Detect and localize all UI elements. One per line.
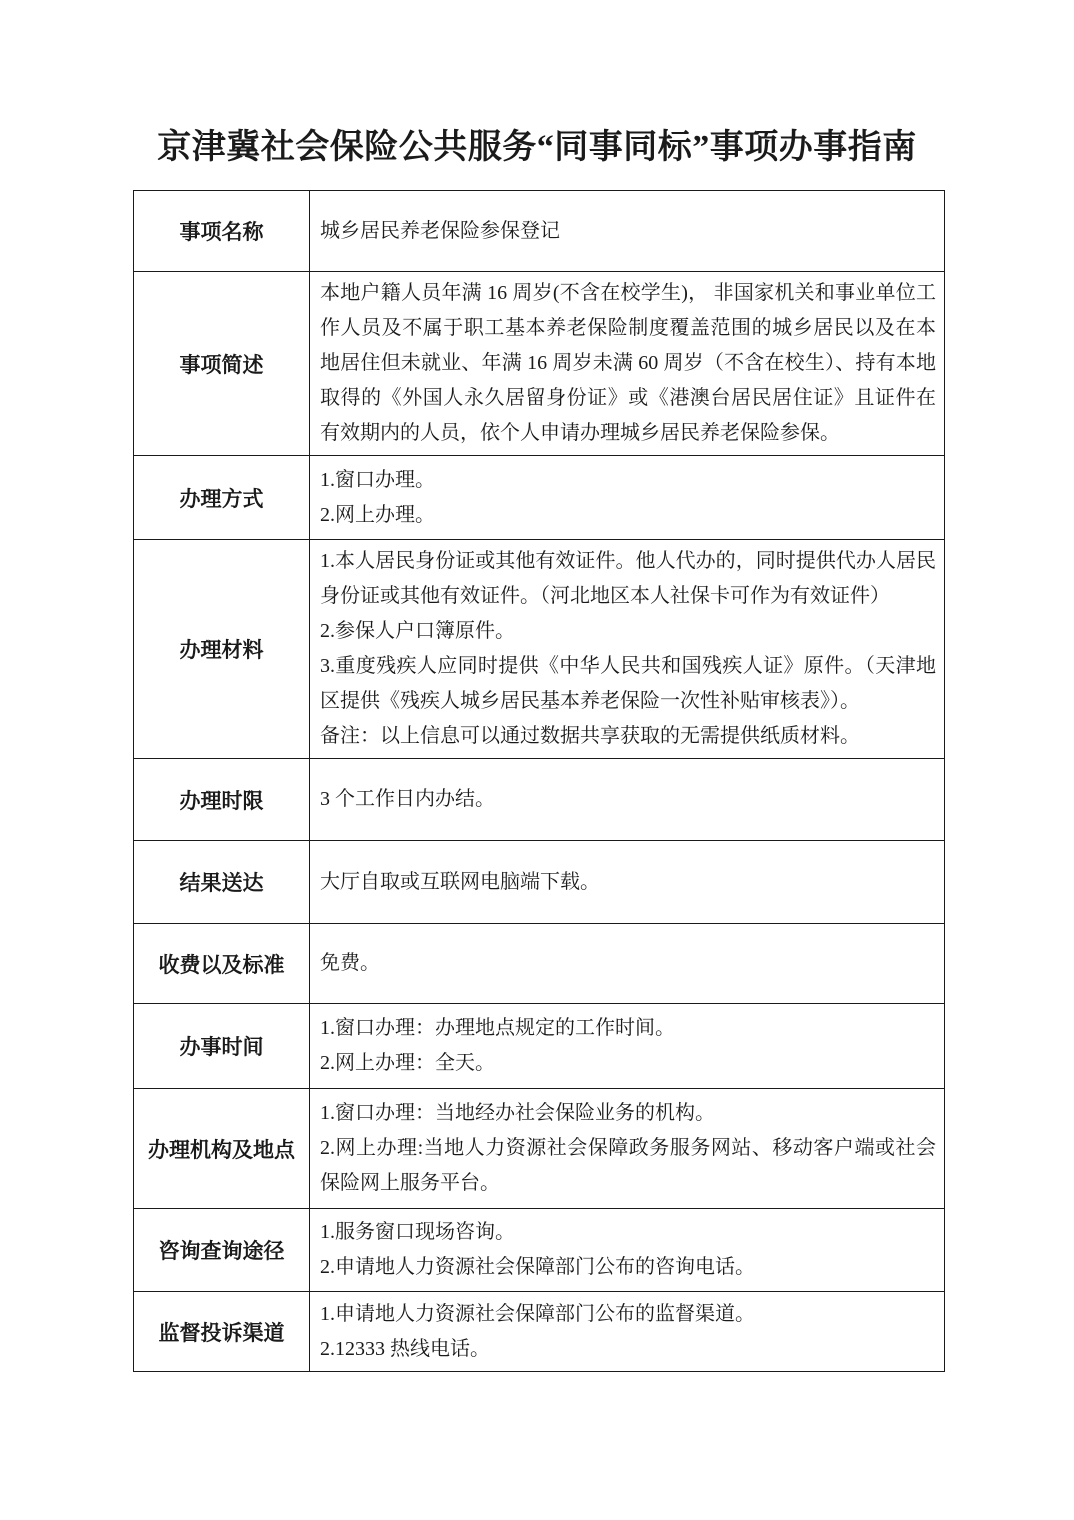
content-line: 大厅自取或互联网电脑端下载。 <box>320 865 936 900</box>
document-page: 京津冀社会保险公共服务“同事同标”事项办事指南 事项名称 城乡居民养老保险参保登… <box>0 0 1074 1520</box>
content-line: 1.窗口办理：办理地点规定的工作时间。 <box>320 1011 936 1046</box>
row-content: 城乡居民养老保险参保登记 <box>310 191 945 272</box>
content-line: 本地户籍人员年满 16 周岁(不含在校学生)， 非国家机关和事业单位工作人员及不… <box>320 276 936 451</box>
content-line: 1.窗口办理：当地经办社会保险业务的机构。 <box>320 1096 936 1131</box>
content-line: 3 个工作日内办结。 <box>320 782 936 817</box>
row-content: 1.本人居民身份证或其他有效证件。他人代办的，同时提供代办人居民身份证或其他有效… <box>310 540 945 759</box>
row-content: 本地户籍人员年满 16 周岁(不含在校学生)， 非国家机关和事业单位工作人员及不… <box>310 272 945 456</box>
table-row: 办理时限 3 个工作日内办结。 <box>134 759 945 841</box>
row-label: 事项简述 <box>134 272 310 456</box>
table-row: 收费以及标准 免费。 <box>134 924 945 1004</box>
row-label: 办事时间 <box>134 1004 310 1089</box>
table-row: 办理机构及地点 1.窗口办理：当地经办社会保险业务的机构。 2.网上办理:当地人… <box>134 1089 945 1209</box>
content-line: 2.网上办理。 <box>320 498 936 533</box>
content-line: 1.服务窗口现场咨询。 <box>320 1215 936 1250</box>
row-label: 事项名称 <box>134 191 310 272</box>
row-content: 1.申请地人力资源社会保障部门公布的监督渠道。 2.12333 热线电话。 <box>310 1292 945 1372</box>
row-label: 监督投诉渠道 <box>134 1292 310 1372</box>
row-label: 办理材料 <box>134 540 310 759</box>
content-line: 1.申请地人力资源社会保障部门公布的监督渠道。 <box>320 1297 936 1332</box>
row-label: 咨询查询途径 <box>134 1209 310 1292</box>
row-content: 1.服务窗口现场咨询。 2.申请地人力资源社会保障部门公布的咨询电话。 <box>310 1209 945 1292</box>
content-line: 2.网上办理：全天。 <box>320 1046 936 1081</box>
guide-table: 事项名称 城乡居民养老保险参保登记 事项简述 本地户籍人员年满 16 周岁(不含… <box>133 190 945 1372</box>
content-line: 1.本人居民身份证或其他有效证件。他人代办的，同时提供代办人居民身份证或其他有效… <box>320 544 936 614</box>
table-row: 办理方式 1.窗口办理。 2.网上办理。 <box>134 456 945 540</box>
row-content: 1.窗口办理：办理地点规定的工作时间。 2.网上办理：全天。 <box>310 1004 945 1089</box>
content-line: 2.参保人户口簿原件。 <box>320 614 936 649</box>
table-row: 监督投诉渠道 1.申请地人力资源社会保障部门公布的监督渠道。 2.12333 热… <box>134 1292 945 1372</box>
table-row: 咨询查询途径 1.服务窗口现场咨询。 2.申请地人力资源社会保障部门公布的咨询电… <box>134 1209 945 1292</box>
row-content: 免费。 <box>310 924 945 1004</box>
content-line: 2.网上办理:当地人力资源社会保障政务服务网站、移动客户端或社会保险网上服务平台… <box>320 1131 936 1201</box>
row-content: 1.窗口办理：当地经办社会保险业务的机构。 2.网上办理:当地人力资源社会保障政… <box>310 1089 945 1209</box>
content-line: 城乡居民养老保险参保登记 <box>320 214 936 249</box>
row-content: 3 个工作日内办结。 <box>310 759 945 841</box>
content-line: 备注：以上信息可以通过数据共享获取的无需提供纸质材料。 <box>320 719 936 754</box>
content-line: 2.12333 热线电话。 <box>320 1332 936 1367</box>
content-line: 免费。 <box>320 946 936 981</box>
content-line: 2.申请地人力资源社会保障部门公布的咨询电话。 <box>320 1250 936 1285</box>
table-row: 事项简述 本地户籍人员年满 16 周岁(不含在校学生)， 非国家机关和事业单位工… <box>134 272 945 456</box>
row-label: 办理机构及地点 <box>134 1089 310 1209</box>
content-line: 1.窗口办理。 <box>320 463 936 498</box>
row-label: 办理方式 <box>134 456 310 540</box>
table-row: 办事时间 1.窗口办理：办理地点规定的工作时间。 2.网上办理：全天。 <box>134 1004 945 1089</box>
content-line: 3.重度残疾人应同时提供《中华人民共和国残疾人证》原件。（天津地区提供《残疾人城… <box>320 649 936 719</box>
row-content: 大厅自取或互联网电脑端下载。 <box>310 841 945 924</box>
row-label: 收费以及标准 <box>134 924 310 1004</box>
row-content: 1.窗口办理。 2.网上办理。 <box>310 456 945 540</box>
row-label: 办理时限 <box>134 759 310 841</box>
page-title: 京津冀社会保险公共服务“同事同标”事项办事指南 <box>0 119 1074 168</box>
table-row: 结果送达 大厅自取或互联网电脑端下载。 <box>134 841 945 924</box>
row-label: 结果送达 <box>134 841 310 924</box>
table-row: 事项名称 城乡居民养老保险参保登记 <box>134 191 945 272</box>
table-row: 办理材料 1.本人居民身份证或其他有效证件。他人代办的，同时提供代办人居民身份证… <box>134 540 945 759</box>
